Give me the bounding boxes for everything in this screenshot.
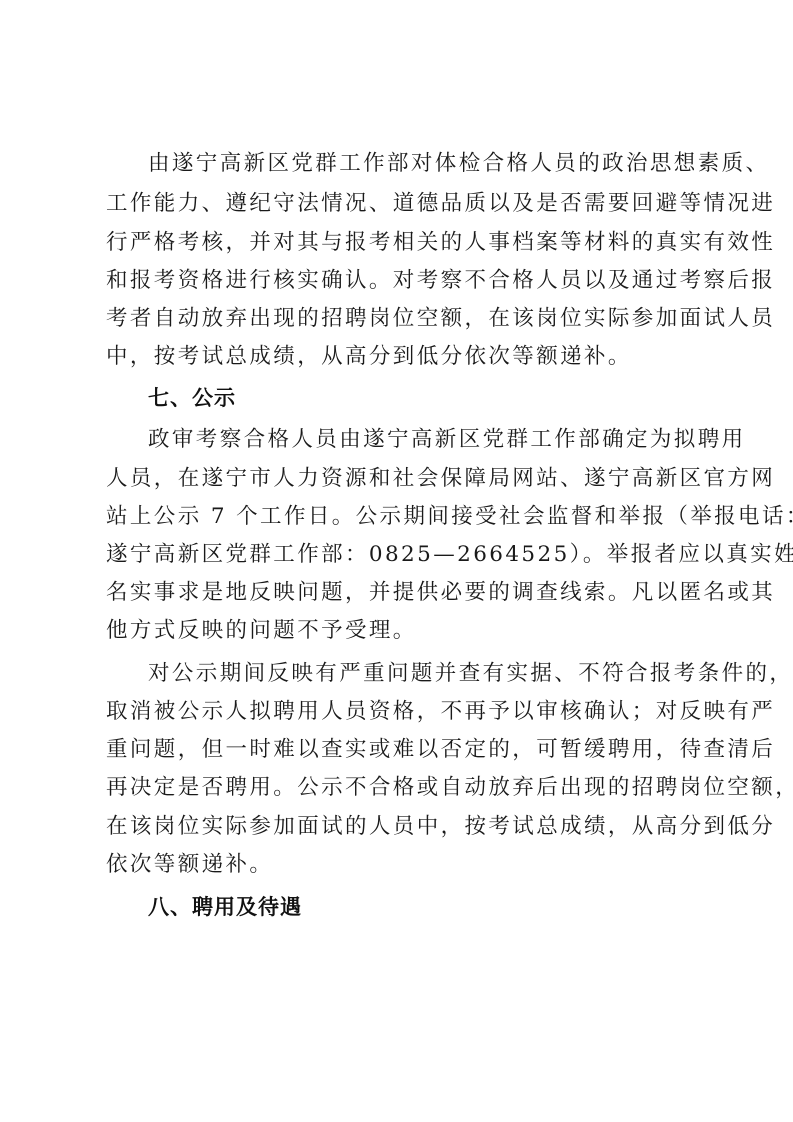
paragraph-line: 重问题，但一时难以查实或难以否定的，可暂缓聘用，待查清后 xyxy=(106,736,706,764)
paragraph-line: 工作能力、遵纪守法情况、道德品质以及是否需要回避等情况进 xyxy=(106,190,706,218)
paragraph-line: 遂宁高新区党群工作部：0825—2664525）。举报者应以真实姓 xyxy=(106,541,706,569)
paragraph-line: 考者自动放弃出现的招聘岗位空额，在该岗位实际参加面试人员 xyxy=(106,305,706,333)
paragraph-line: 中，按考试总成绩，从高分到低分依次等额递补。 xyxy=(106,343,706,371)
paragraph-line: 政审考察合格人员由遂宁高新区党群工作部确定为拟聘用 xyxy=(148,426,748,454)
paragraph-line: 他方式反映的问题不予受理。 xyxy=(106,617,706,645)
paragraph-line: 站上公示 7 个工作日。公示期间接受社会监督和举报（举报电话： xyxy=(106,503,706,531)
paragraph-line: 在该岗位实际参加面试的人员中，按考试总成绩，从高分到低分 xyxy=(106,813,706,841)
paragraph-line: 行严格考核，并对其与报考相关的人事档案等材料的真实有效性 xyxy=(106,229,706,257)
paragraph-line: 取消被公示人拟聘用人员资格，不再予以审核确认；对反映有严 xyxy=(106,698,706,726)
section-heading-7: 七、公示 xyxy=(148,384,236,412)
document-page: 由遂宁高新区党群工作部对体检合格人员的政治思想素质、 工作能力、遵纪守法情况、道… xyxy=(0,0,793,1122)
paragraph-line: 和报考资格进行核实确认。对考察不合格人员以及通过考察后报 xyxy=(106,267,706,295)
paragraph-line: 由遂宁高新区党群工作部对体检合格人员的政治思想素质、 xyxy=(148,150,748,178)
paragraph-line: 对公示期间反映有严重问题并查有实据、不符合报考条件的， xyxy=(148,660,748,688)
paragraph-line: 依次等额递补。 xyxy=(106,851,706,879)
paragraph-line: 人员，在遂宁市人力资源和社会保障局网站、遂宁高新区官方网 xyxy=(106,465,706,493)
section-heading-8: 八、聘用及待遇 xyxy=(148,893,302,921)
paragraph-line: 名实事求是地反映问题，并提供必要的调查线索。凡以匿名或其 xyxy=(106,579,706,607)
paragraph-line: 再决定是否聘用。公示不合格或自动放弃后出现的招聘岗位空额， xyxy=(106,774,706,802)
